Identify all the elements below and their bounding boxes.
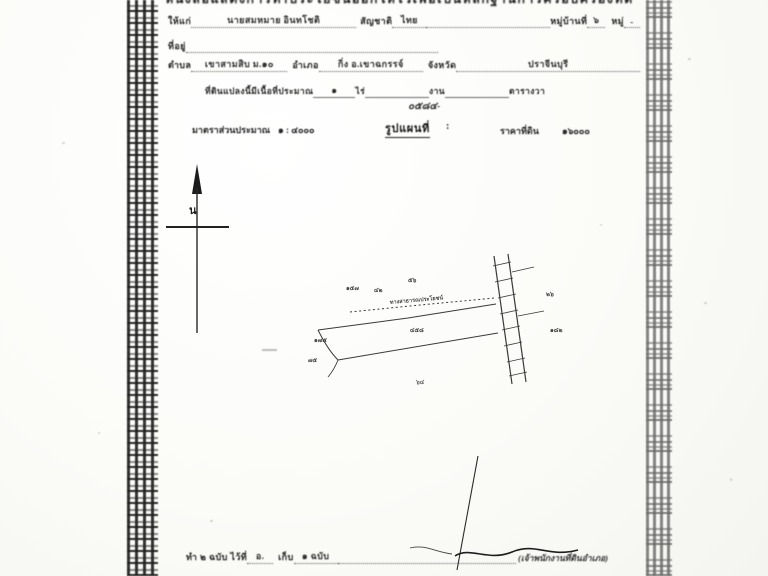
- map-title: รูปแผนที่: [385, 119, 430, 138]
- north-arrow-icon: น: [158, 158, 238, 343]
- signature: [430, 440, 620, 576]
- moo-value: -: [624, 17, 640, 28]
- sketch-label-top1: ๑๕๗: [346, 285, 359, 292]
- handwritten-reference-number: ๐๕๘๔-: [408, 99, 440, 114]
- scan-speck: [62, 142, 65, 144]
- address-line: ที่อยู่: [168, 39, 438, 53]
- nationality-value: ไทย: [392, 13, 426, 28]
- scanned-document-page: หนังสือแสดงการทำประโยชน์ออกให้ไว้เพื่อเป…: [0, 0, 768, 576]
- sketch-parcel-bottom-edge: [338, 333, 498, 360]
- location-line: ตำบล เขาสามสิบ ม.๑๐ อำเภอ กิ่ง อ.เขาฉกรร…: [168, 57, 640, 72]
- area-ngan-unit: งาน: [429, 84, 445, 98]
- security-border-right: [646, 0, 672, 576]
- area-ngan-value: [365, 88, 429, 98]
- sketch-parcel-top-edge: [318, 304, 496, 330]
- footer-text2: เก็บ: [278, 550, 293, 564]
- signature-scribble: [455, 549, 578, 556]
- sketch-label-bottom: ๖๔: [415, 379, 425, 386]
- sketch-label-top2: ๔๒: [374, 287, 383, 294]
- grantee-dotted-gap: [426, 17, 550, 28]
- sketch-road-right-line: [508, 254, 526, 382]
- scan-artifact-dash: [262, 349, 277, 351]
- sketch-label-center: ๔๕๘: [410, 327, 424, 334]
- amphoe-label: อำเภอ: [292, 58, 318, 72]
- sketch-label-road-right: ๑๘๒: [550, 327, 562, 334]
- scan-speck: [704, 302, 707, 304]
- area-label: ที่ดินแปลงนี้มีเนื้อที่ประมาณ: [205, 84, 313, 98]
- area-wa-value: [445, 88, 509, 98]
- sketch-left-tail: [328, 360, 338, 377]
- tambon-label: ตำบล: [168, 58, 191, 72]
- area-wa-unit: ตารางวา: [509, 84, 545, 98]
- plot-sketch: ทางสาธารณประโยชน์ ๑๕๗ ๔๒ ๕๖ ๒๖ ๑๘๒ ๑๗๕ ๗…: [298, 252, 628, 402]
- footer-blank1: อ.: [247, 549, 273, 564]
- price-value: ๑๖๐๐๐: [562, 124, 590, 138]
- area-line: ที่ดินแปลงนี้มีเนื้อที่ประมาณ ๑ ไร่ งาน …: [205, 83, 605, 98]
- scan-speck: [688, 58, 691, 60]
- scale-value: ๑ : ๔๐๐๐: [278, 123, 315, 137]
- tambon-value: เขาสามสิบ ม.๑๐: [191, 57, 287, 72]
- footer-text1: ทำ ๒ ฉบับ ไว้ที่: [186, 550, 247, 564]
- grantee-label: ให้แก่: [168, 14, 191, 28]
- sketch-road-left-line: [494, 256, 512, 384]
- sketch-label-left1: ๑๗๕: [314, 337, 327, 344]
- province-label: จังหวัด: [428, 58, 457, 72]
- scan-speck: [730, 478, 732, 481]
- address-blank: [186, 42, 438, 53]
- area-rai-unit: ไร่: [355, 84, 365, 98]
- sketch-public-way-label: ทางสาธารณประโยชน์: [389, 293, 443, 306]
- scan-speck: [600, 224, 602, 226]
- grantee-name: นายสมหมาย อินทโชติ: [191, 13, 356, 28]
- north-label: น: [189, 205, 197, 217]
- grantee-line: ให้แก่ นายสมหมาย อินทโชติ สัญชาติ ไทย หม…: [168, 13, 640, 28]
- sketch-road-hatching: [493, 262, 527, 376]
- sketch-road-branch-top: [512, 267, 534, 272]
- village-label: หมู่บ้านที่: [550, 14, 587, 28]
- price-label: ราคาที่ดิน: [500, 124, 539, 138]
- sketch-label-road-top: ๒๖: [546, 291, 554, 298]
- sketch-label-top3: ๕๖: [408, 277, 417, 284]
- village-number: ๖: [587, 13, 605, 28]
- security-border-left: [127, 0, 158, 576]
- address-label: ที่อยู่: [168, 39, 186, 53]
- cutoff-header-text: หนังสือแสดงการทำประโยชน์ออกให้ไว้เพื่อเป…: [165, 0, 635, 9]
- scan-speck: [98, 432, 100, 434]
- scan-speck: [210, 520, 213, 522]
- moo-label: หมู่: [611, 14, 624, 28]
- map-title-colon: :: [446, 121, 449, 132]
- amphoe-value: กิ่ง อ.เขาฉกรรจ์: [319, 57, 423, 72]
- sketch-label-left2: ๗๕: [308, 357, 318, 364]
- footer-blank2: ๑ ฉบับ: [294, 549, 338, 564]
- area-rai-value: ๑: [313, 83, 355, 98]
- sketch-road-branch-right: [518, 311, 544, 316]
- scale-label: มาตราส่วนประมาณ: [192, 123, 270, 137]
- nationality-label: สัญชาติ: [360, 14, 392, 28]
- sketch-parcel-left-edge: [318, 330, 338, 360]
- province-value: ปราจีนบุรี: [456, 57, 640, 72]
